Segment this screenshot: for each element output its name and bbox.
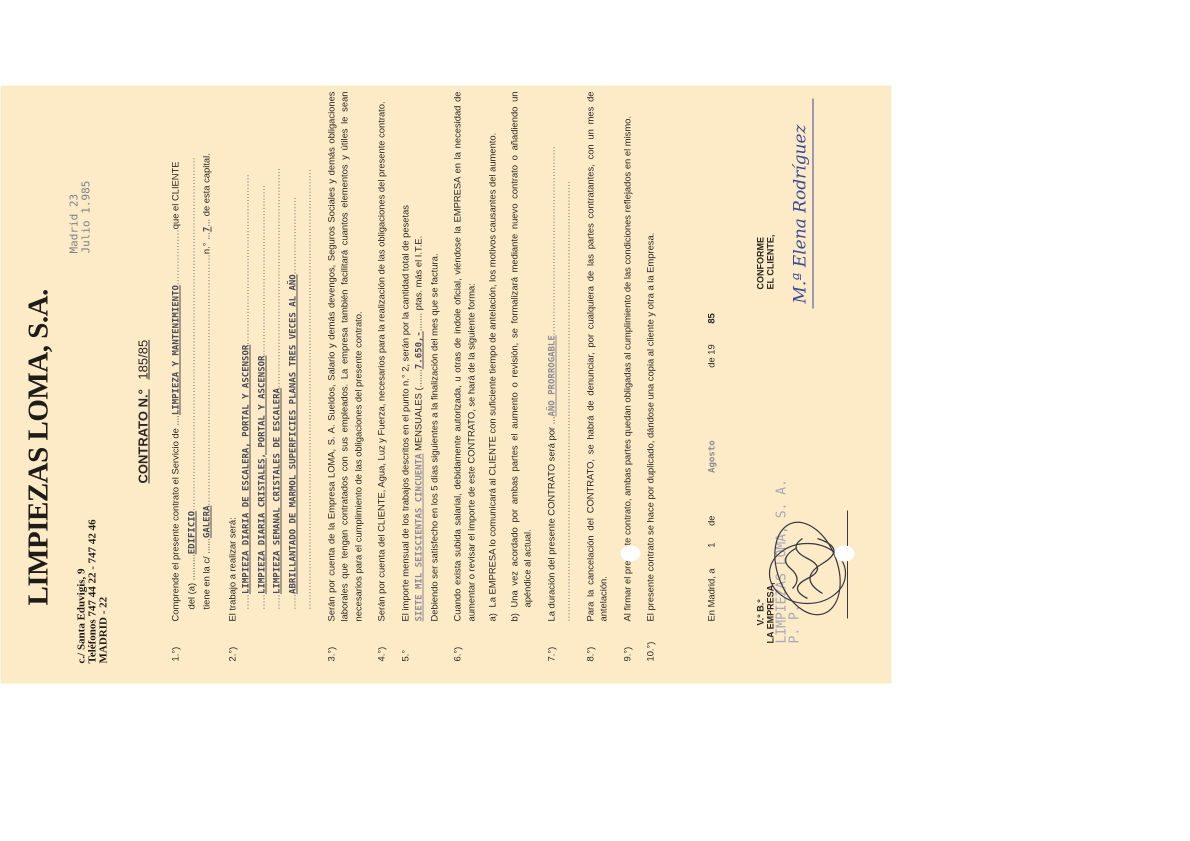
date-stamp-line1: Madrid 23: [68, 180, 80, 253]
clause-3: 3.°) Serán por cuenta de la Empresa LOMA…: [324, 91, 365, 661]
clause-5-amount-line: SIETE MIL SEISCIENTAS CINCUENTA MENSUALE…: [411, 91, 427, 621]
address-city: MADRID - 22: [98, 519, 109, 663]
work-item-text: LIMPIEZA SEMANAL CRISTALES DE ESCALERA: [272, 388, 282, 594]
work-item: .....LIMPIEZA SEMANAL CRISTALES DE ESCAL…: [269, 91, 285, 621]
street-number: 7: [202, 226, 212, 231]
company-name: LIMPIEZAS LOMA, S.A.: [22, 289, 55, 605]
clause-text: Comprende el presente contrato el Servic…: [169, 415, 180, 621]
company-address: c./ Santa Eduvigis, 9 Teléfonos 747 44 2…: [76, 519, 109, 663]
clause-text: n.° ...: [200, 232, 211, 254]
blank-line: ........................................…: [559, 91, 573, 621]
date-stamp-line2: Julio 1.985: [80, 180, 92, 253]
place-label: En Madrid, a: [705, 568, 716, 621]
client-signature-label: CONFORME EL CLIENTE,: [755, 234, 775, 289]
clause-6b: b) Una vez acordado por ambas partes el …: [507, 91, 534, 621]
work-item-text: LIMPIEZA DIARIA DE ESCALERA, PORTAL Y AS…: [241, 344, 251, 593]
signing-date: En Madrid, a 1 de Agosto de 19 85: [705, 313, 717, 621]
clause-1: 1.°) Comprende el presente contrato el S…: [168, 91, 215, 661]
blank-line: ........................................…: [300, 91, 314, 621]
subclause-label: b): [507, 613, 521, 621]
clause-text: tiene en la c/ ......: [200, 538, 211, 609]
address-street: c./ Santa Eduvigis, 9: [76, 519, 87, 663]
amount-words: SIETE MIL SEISCIENTAS CINCUENTA: [414, 453, 424, 621]
clause-1-line-2: del (a) ..........EDIFICIO..............…: [184, 91, 200, 621]
subclause-label: a): [485, 613, 499, 621]
street-name: GALERA: [202, 505, 212, 538]
year-prefix: de 19: [705, 344, 716, 367]
clause-8: 8.°) Para la cancelación del CONTRATO, s…: [583, 91, 610, 661]
date-stamp: Madrid 23 Julio 1.985: [68, 180, 92, 253]
dotted-leader: ..................: [169, 229, 180, 285]
punch-hole: [834, 545, 854, 561]
client-signature-underline: [812, 98, 813, 308]
year: 85: [705, 313, 716, 323]
clause-6: 6.°) Cuando exista subida salarial, debi…: [450, 91, 534, 661]
clause-1-line-3: tiene en la c/ ......GALERA.............…: [199, 91, 215, 621]
contract-title-label: CONTRATO N.°: [135, 389, 150, 483]
work-item: .....ABRILLANTADO DE MARMOL SUPERFICIES …: [285, 91, 301, 621]
clause-10: 10.°) El presente contrato se hace por d…: [643, 91, 657, 661]
clause-text: Cuando exista subida salarial, debidamen…: [450, 91, 477, 621]
clause-5: 5.° El importe mensual de los trabajos d…: [398, 91, 441, 661]
clause-text: ....... ptas. más el I.T.E.: [412, 235, 423, 330]
clause-6a: a) La EMPRESA lo comunicará al CLIENTE c…: [485, 91, 499, 621]
contract-number: 185/85: [135, 339, 150, 379]
work-item: .....LIMPIEZA DIARIA DE ESCALERA, PORTAL…: [238, 91, 254, 621]
clause-text: Serán por cuenta del CLIENTE, Agua, Luz …: [375, 101, 386, 621]
clause-number: 1.°): [168, 646, 182, 661]
clause-text: MENSUALES (.......: [412, 369, 423, 451]
contract-duration: AÑO PRORROGABLE: [547, 335, 557, 416]
client-label: EL CLIENTE,: [765, 234, 775, 289]
clause-9: 9.°) Al firmar el presente contrato, amb…: [620, 91, 634, 661]
service-type: LIMPIEZA Y MANTENIMIENTO: [171, 285, 181, 415]
contract-document: LIMPIEZAS LOMA, S.A. c./ Santa Eduvigis,…: [0, 85, 891, 683]
clause-text: La duración del presente CONTRATO será p…: [545, 416, 556, 621]
day: 1: [705, 542, 716, 547]
clause-number: 8.°): [583, 646, 597, 661]
contract-title: CONTRATO N.° 185/85: [135, 339, 150, 483]
clause-number: 6.°): [450, 646, 464, 661]
clause-2: 2.°) El trabajo a realizar será: .....LI…: [225, 91, 314, 661]
clause-7: 7.°) La duración del presente CONTRATO s…: [544, 91, 573, 661]
work-item-text: ABRILLANTADO DE MARMOL SUPERFICIES PLANA…: [288, 274, 298, 594]
clause-number: 9.°): [620, 646, 634, 661]
clause-number: 7.°): [544, 646, 558, 661]
address-phones: Teléfonos 747 44 22 - 747 42 46: [87, 519, 98, 663]
work-item-text: LIMPIEZA DIARIA CRISTALES, PORTAL Y ASCE…: [257, 355, 267, 593]
clause-text: El presente contrato se hace por duplica…: [644, 232, 655, 621]
clause-1-line-1: Comprende el presente contrato el Servic…: [168, 91, 184, 621]
de-label: de: [705, 515, 716, 525]
punch-hole: [620, 545, 640, 561]
clause-number: 2.°): [225, 646, 239, 661]
dotted-leader: ........................................…: [200, 254, 211, 505]
work-item: .....LIMPIEZA DIARIA CRISTALES, PORTAL Y…: [254, 91, 270, 621]
clauses: 1.°) Comprende el presente contrato el S…: [168, 91, 667, 661]
subclause-text: La EMPRESA lo comunicará al CLIENTE con …: [486, 132, 497, 607]
clause-text: El trabajo a realizar será:: [225, 91, 239, 621]
conforme-label: CONFORME: [755, 234, 765, 289]
clause-number: 4.°): [374, 646, 388, 661]
clause-text: del (a) ..........: [185, 554, 196, 609]
dotted-leader: ........................................…: [185, 156, 196, 510]
property-type: EDIFICIO: [187, 510, 197, 553]
clause-text: Para la cancelación del CONTRATO, se hab…: [584, 91, 609, 621]
amount-number: 7.650,-: [414, 331, 424, 369]
clause-text: ... de esta capital.: [200, 153, 211, 226]
clause-number: 10.°): [643, 641, 657, 661]
company-signature-scribble: [752, 508, 862, 628]
clause-number: 3.°): [324, 646, 338, 661]
clause-number: 5.°: [398, 649, 412, 661]
month: Agosto: [707, 440, 717, 473]
client-signature: M.ª Elena Rodríguez: [790, 124, 810, 303]
clause-text: Debiendo ser satisfecho en los 5 días si…: [427, 91, 441, 621]
clause-text: que el CLIENTE: [169, 161, 180, 229]
subclause-text: Una vez acordado por ambas partes el aum…: [508, 91, 533, 607]
clause-text: El importe mensual de los trabajos descr…: [398, 91, 412, 621]
clause-4: 4.°) Serán por cuenta del CLIENTE, Agua,…: [374, 91, 388, 661]
clause-text: Serán por cuenta de la Empresa LOMA, S. …: [325, 91, 363, 621]
